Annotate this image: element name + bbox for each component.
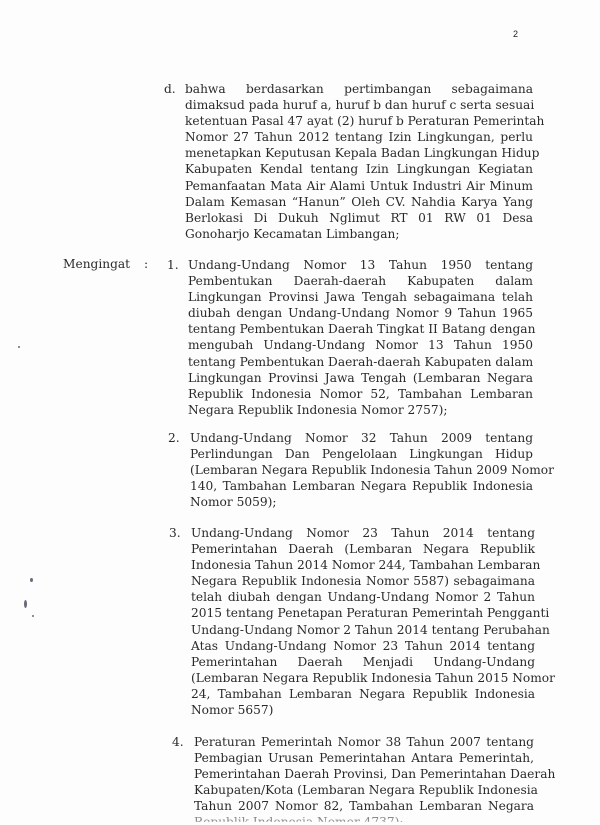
item-3-text: Undang-Undang Nomor 23 Tahun 2014 tentan… — [191, 525, 535, 718]
text-line: tentang Pembentukan Daerah-daerah Kabupa… — [188, 354, 533, 370]
item-4-text: Peraturan Pemerintah Nomor 38 Tahun 2007… — [194, 734, 534, 825]
text-line: Pemanfaatan Mata Air Alami Untuk Industr… — [185, 178, 533, 194]
text-line: Kabupaten Kendal tentang Izin Lingkungan… — [185, 161, 533, 177]
mengingat-label: Mengingat — [63, 257, 130, 271]
text-line: diubah dengan Undang-Undang Nomor 9 Tahu… — [188, 305, 533, 321]
text-line: Berlokasi Di Dukuh Nglimut RT 01 RW 01 D… — [185, 210, 533, 226]
text-line: Undang-Undang Nomor 2 Tahun 2014 tentang… — [191, 622, 535, 638]
text-line: Republik Indonesia Nomor 52, Tambahan Le… — [188, 386, 533, 402]
text-line: bahwa berdasarkan pertimbangan sebagaima… — [185, 81, 533, 97]
text-line: Pembentukan Daerah-daerah Kabupaten dala… — [188, 273, 533, 289]
text-line: mengubah Undang-Undang Nomor 13 Tahun 19… — [188, 337, 533, 353]
text-line: Lingkungan Provinsi Jawa Tengah (Lembara… — [188, 370, 533, 386]
text-line: 24, Tambahan Lembaran Negara Republik In… — [191, 686, 535, 702]
text-line: Pemerintahan Daerah Menjadi Undang-Undan… — [191, 654, 535, 670]
scan-speck — [24, 600, 27, 608]
text-line: Pemerintahan Daerah Provinsi, Dan Pemeri… — [194, 766, 534, 782]
text-line: Perlindungan Dan Pengelolaan Lingkungan … — [190, 446, 533, 462]
mengingat-colon: : — [144, 257, 148, 271]
text-line: Negara Republik Indonesia Nomor 5587) se… — [191, 573, 535, 589]
text-line: Dalam Kemasan “Hanun” Oleh CV. Nahdia Ka… — [185, 194, 533, 210]
text-line: Gonoharjo Kecamatan Limbangan; — [185, 226, 533, 242]
text-line: telah diubah dengan Undang-Undang Nomor … — [191, 589, 535, 605]
item-1-text: Undang-Undang Nomor 13 Tahun 1950 tentan… — [188, 257, 533, 418]
text-line: (Lembaran Negara Republik Indonesia Tahu… — [190, 462, 533, 478]
text-line: menetapkan Keputusan Kepala Badan Lingku… — [185, 145, 533, 161]
text-line: (Lembaran Negara Republik Indonesia Tahu… — [191, 670, 535, 686]
text-line: Pembagian Urusan Pemerintahan Antara Pem… — [194, 750, 534, 766]
page-number: 2 — [513, 29, 518, 39]
item-2-text: Undang-Undang Nomor 32 Tahun 2009 tentan… — [190, 430, 533, 510]
text-line: Lingkungan Provinsi Jawa Tengah sebagaim… — [188, 289, 533, 305]
text-line: Nomor 5657) — [191, 702, 535, 718]
item-1-marker: 1. — [167, 257, 179, 273]
text-line: dimaksud pada huruf a, huruf b dan huruf… — [185, 97, 533, 113]
text-line: Undang-Undang Nomor 32 Tahun 2009 tentan… — [190, 430, 533, 446]
text-line: 2015 tentang Penetapan Peraturan Pemerin… — [191, 605, 535, 621]
text-line: Negara Republik Indonesia Nomor 2757); — [188, 402, 533, 418]
item-2-marker: 2. — [168, 430, 180, 446]
item-4-marker: 4. — [172, 734, 184, 750]
item-d-marker: d. — [164, 81, 176, 97]
text-line: Pemerintahan Daerah (Lembaran Negara Rep… — [191, 541, 535, 557]
text-line: 140, Tambahan Lembaran Negara Republik I… — [190, 478, 533, 494]
text-line: Nomor 5059); — [190, 494, 533, 510]
text-line: tentang Pembentukan Daerah Tingkat II Ba… — [188, 321, 533, 337]
text-line: Kabupaten/Kota (Lembaran Negara Republik… — [194, 782, 534, 798]
item-d-text: bahwa berdasarkan pertimbangan sebagaima… — [185, 81, 533, 242]
text-line: Indonesia Tahun 2014 Nomor 244, Tambahan… — [191, 557, 535, 573]
text-line: Republik Indonesia Nomor 4737); — [194, 814, 534, 825]
text-line: ketentuan Pasal 47 ayat (2) huruf b Pera… — [185, 113, 533, 129]
text-line: Peraturan Pemerintah Nomor 38 Tahun 2007… — [194, 734, 534, 750]
item-3-marker: 3. — [169, 525, 181, 541]
text-line: Undang-Undang Nomor 23 Tahun 2014 tentan… — [191, 525, 535, 541]
scan-speck — [18, 346, 20, 348]
text-line: Atas Undang-Undang Nomor 23 Tahun 2014 t… — [191, 638, 535, 654]
text-line: Nomor 27 Tahun 2012 tentang Izin Lingkun… — [185, 129, 533, 145]
text-line: Undang-Undang Nomor 13 Tahun 1950 tentan… — [188, 257, 533, 273]
scan-speck — [30, 578, 33, 582]
scan-speck — [32, 615, 34, 617]
text-line: Tahun 2007 Nomor 82, Tambahan Lembaran N… — [194, 798, 534, 814]
